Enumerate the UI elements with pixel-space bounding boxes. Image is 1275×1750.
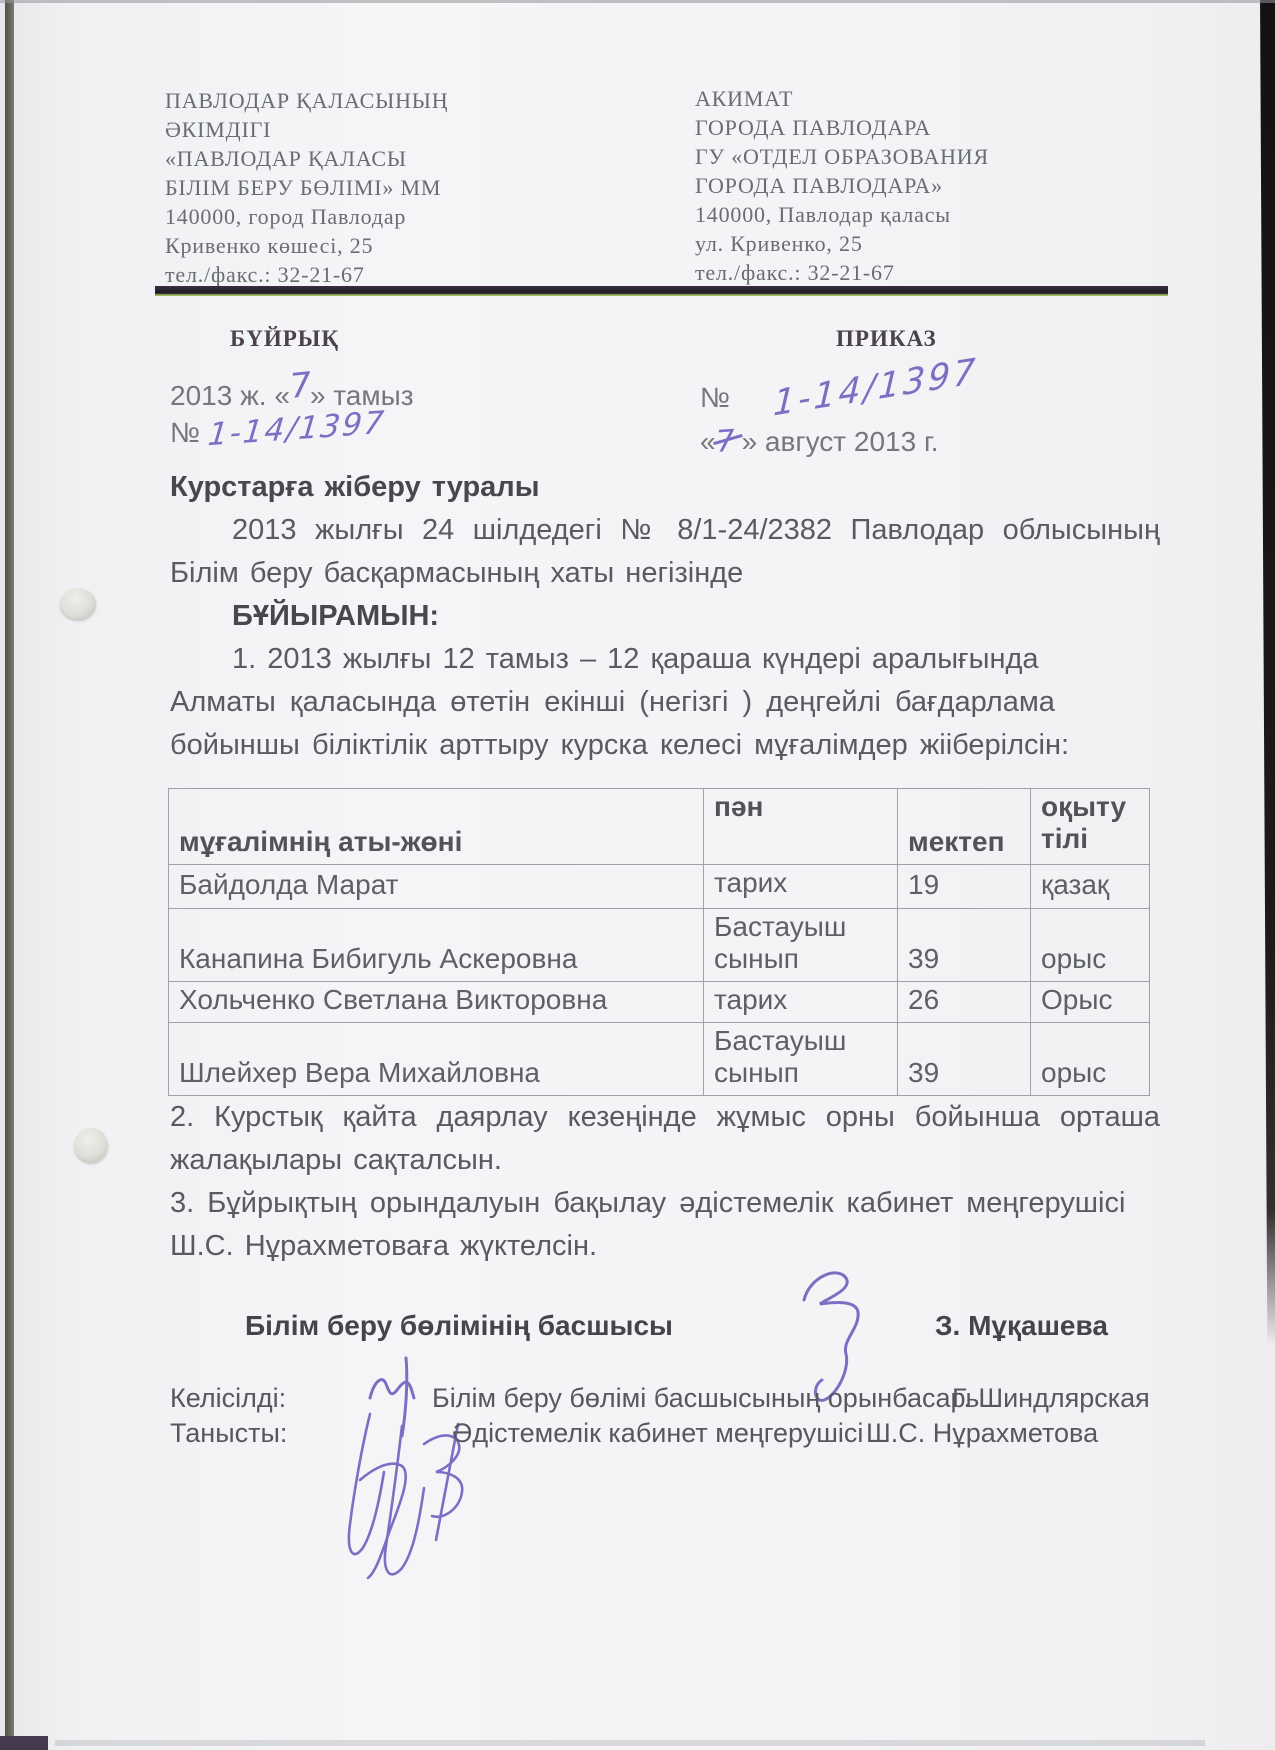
punch-hole-top (60, 588, 96, 619)
letterhead-right-line: АКИМАТ (695, 84, 989, 113)
item1-line-3: бойыншы біліктілік арттыру курска келесі… (170, 724, 1069, 767)
cell-language: орыс (1031, 1023, 1150, 1096)
cell-language: Орыс (1031, 982, 1150, 1023)
letterhead-right-line: ГОРОДА ПАВЛОДАРА (695, 113, 989, 142)
letterhead-right-line: ГУ «ОТДЕЛ ОБРАЗОВАНИЯ (695, 142, 989, 171)
cell-teacher-name: Канапина Бибигуль Аскеровна (169, 909, 704, 982)
col-header-school: мектеп (898, 789, 1031, 865)
scan-bottom-edge (55, 1740, 1205, 1746)
scanned-order-document: { "colors":{"ink":"#7b6fc4","rule_dark":… (0, 0, 1275, 1750)
order-number-kk: № 1-14/1397 (170, 414, 386, 450)
table-row: Шлейхер Вера Михайловна Бастауыш сынып 3… (169, 1023, 1150, 1096)
subject-line: Курстарға жіберу туралы (170, 466, 539, 509)
signatory-name: З. Мұқашева (935, 1310, 1108, 1342)
item2-line-2: жалақылары сақталсын. (170, 1139, 502, 1182)
item3-line-1: 3. Бұйрықтың орындалуын бақылау әдістеме… (170, 1182, 1125, 1225)
cell-teacher-name: Хольченко Светлана Викторовна (169, 982, 704, 1023)
letterhead-right-line: ГОРОДА ПАВЛОДАРА» (695, 171, 989, 200)
letterhead-left-line: «ПАВЛОДАР ҚАЛАСЫ (165, 144, 448, 173)
approval-label-agreed: Келісілді: (170, 1383, 286, 1414)
cell-school: 39 (898, 909, 1031, 982)
col-header-subject: пән (704, 789, 898, 865)
approval-role-acquainted: Әдістемелік кабинет меңгерушісі (452, 1418, 863, 1449)
letterhead-divider-rule (155, 286, 1168, 296)
order-heading-ru: ПРИКАЗ (836, 326, 937, 352)
table-row: Хольченко Светлана Викторовна тарих 26 О… (169, 982, 1150, 1023)
item1-line-2: Алматы қаласында өтетін екінші (негізгі … (170, 681, 1055, 724)
letterhead-left-line: 140000, город Павлодар (165, 202, 448, 231)
letterhead-left-line: тел./факс.: 32-21-67 (165, 260, 448, 289)
cell-language: орыс (1031, 909, 1150, 982)
cell-subject: тарих (704, 982, 898, 1023)
col-header-teacher-name: мұғалімнің аты-жөні (169, 789, 704, 865)
number-sign: № (170, 417, 200, 448)
letterhead-right-line: 140000, Павлодар қаласы (695, 200, 989, 229)
letterhead-left-line: ПАВЛОДАР ҚАЛАСЫНЫҢ (165, 86, 448, 115)
approval-name-agreed: Г. Шиндлярская (952, 1383, 1150, 1414)
item3-line-2: Ш.С. Нұрахметоваға жүктелсін. (170, 1225, 597, 1268)
signatory-title: Білім беру бөлімінің басшысы (245, 1310, 673, 1342)
handwritten-number-ru: 1-14/1397 (772, 351, 979, 424)
cell-subject: тарих (704, 865, 898, 909)
letterhead-right-line: ул. Кривенко, 25 (695, 229, 989, 258)
preamble-line-2: Білім беру басқармасының хаты негізінде (170, 552, 743, 595)
cell-teacher-name: Шлейхер Вера Михайловна (169, 1023, 704, 1096)
cell-subject: Бастауыш сынып (704, 1023, 898, 1096)
approval-role-agreed: Білім беру бөлімі басшысының орынбасары (432, 1383, 985, 1414)
number-sign: № (700, 382, 730, 413)
order-date-kk-prefix: 2013 ж. « (170, 380, 290, 411)
cell-school: 39 (898, 1023, 1031, 1096)
table-header-row: мұғалімнің аты-жөні пән мектеп оқыту тіл… (169, 789, 1150, 865)
cell-school: 19 (898, 865, 1031, 909)
letterhead-left-line: БІЛІМ БЕРУ БӨЛІМІ» ММ (165, 173, 448, 202)
letterhead-left: ПАВЛОДАР ҚАЛАСЫНЫҢ ӘКІМДІГІ «ПАВЛОДАР ҚА… (165, 86, 448, 289)
handwritten-day-kk: 7 (288, 365, 312, 407)
col-header-language: оқыту тілі (1031, 789, 1150, 865)
scan-corner-mark (0, 1736, 48, 1750)
preamble-line-1: 2013 жылғы 24 шілдедегі № 8/1-24/2382 Па… (232, 509, 1160, 552)
table-row: Байдолда Марат тарих 19 қазақ (169, 865, 1150, 909)
resolve-word: БҰЙЫРАМЫН: (232, 595, 439, 638)
cell-language: қазақ (1031, 865, 1150, 909)
approval-label-acquainted: Танысты: (170, 1418, 287, 1449)
scan-top-edge (0, 0, 1275, 3)
approval-name-acquainted: Ш.С. Нұрахметова (866, 1418, 1098, 1449)
item2-line-1: 2. Курстық қайта даярлау кезеңінде жұмыс… (170, 1096, 1160, 1139)
letterhead-right-line: тел./факс.: 32-21-67 (695, 258, 989, 287)
order-number-ru: № (700, 382, 730, 414)
scan-right-edge (1258, 0, 1275, 1345)
item1-line-1: 1. 2013 жылғы 12 тамыз – 12 қараша күнде… (232, 638, 1039, 681)
cell-subject: Бастауыш сынып (704, 909, 898, 982)
scan-left-edge (5, 0, 14, 1750)
handwritten-day-ru: 7 (714, 423, 742, 460)
letterhead-right: АКИМАТ ГОРОДА ПАВЛОДАРА ГУ «ОТДЕЛ ОБРАЗО… (695, 84, 989, 287)
cell-school: 26 (898, 982, 1031, 1023)
order-date-ru: «7» август 2013 г. (700, 424, 939, 459)
punch-hole-bottom (74, 1128, 108, 1162)
order-heading-kk: БҮЙРЫҚ (230, 326, 339, 352)
letterhead-left-line: Кривенко көшесі, 25 (165, 231, 448, 260)
table-row: Канапина Бибигуль Аскеровна Бастауыш сын… (169, 909, 1150, 982)
order-date-ru-rest: » август 2013 г. (742, 426, 939, 457)
cell-teacher-name: Байдолда Марат (169, 865, 704, 909)
letterhead-left-line: ӘКІМДІГІ (165, 115, 448, 144)
teachers-table: мұғалімнің аты-жөні пән мектеп оқыту тіл… (168, 788, 1150, 1096)
